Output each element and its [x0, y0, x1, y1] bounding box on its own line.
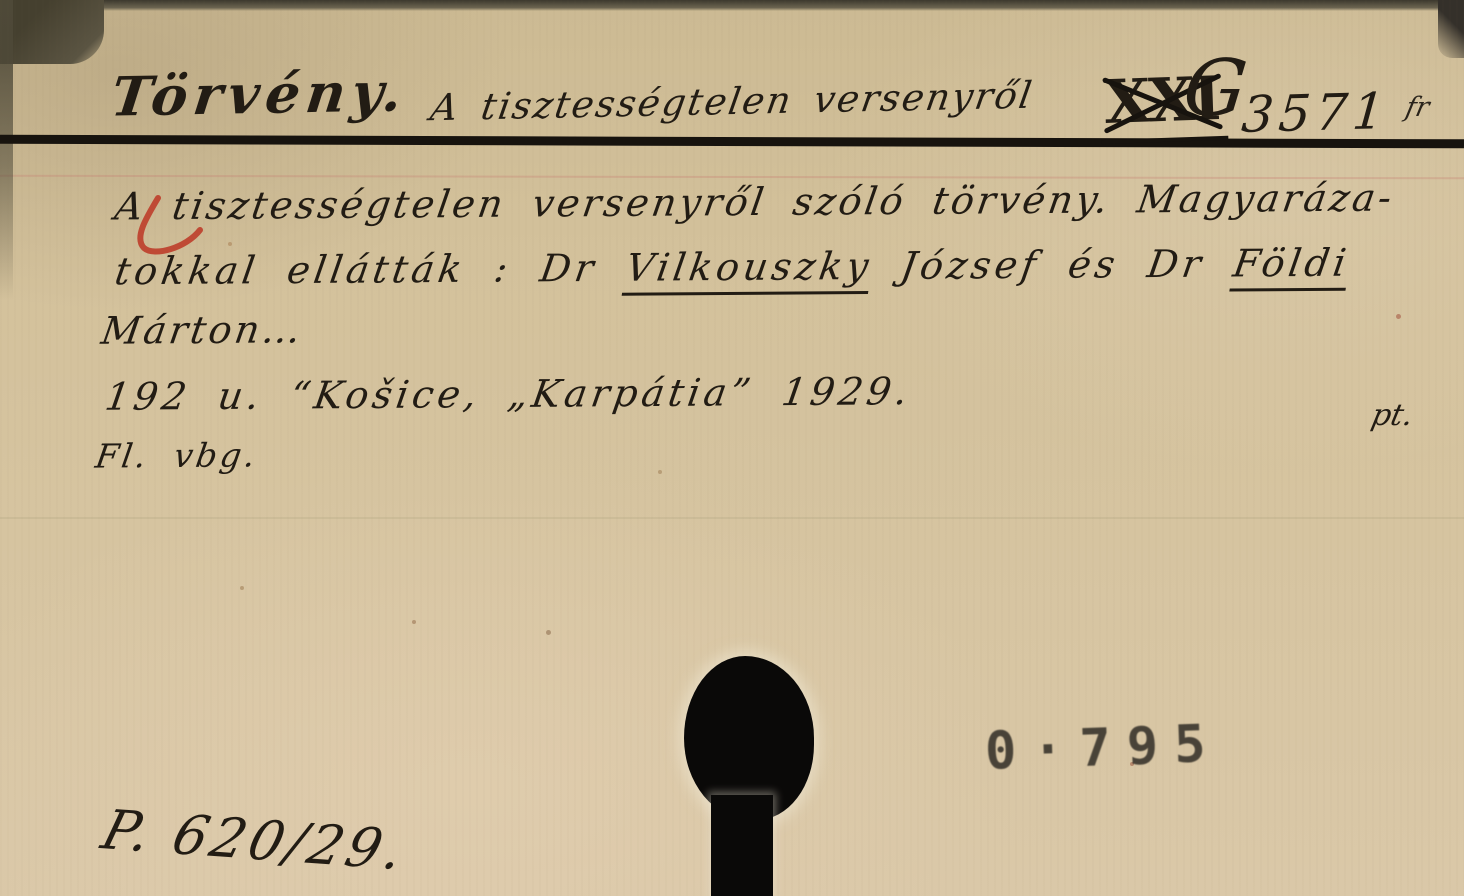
punch-hole-slot: [711, 795, 773, 896]
paper-speck: [228, 242, 232, 246]
scan-edge-left: [0, 0, 13, 300]
paper-speck: [658, 470, 662, 474]
author-name-underlined: Földi: [1229, 241, 1353, 292]
author-name-underlined: Vilkouszky: [622, 244, 875, 296]
scan-edge-top: [0, 0, 1464, 11]
scan-edge-top-left: [0, 0, 104, 64]
body-line-2-middle: József és Dr: [869, 242, 1237, 289]
paper-speck: [1396, 314, 1401, 319]
imprint-line: 192 u. “Košice, „Karpátia” 1929.: [102, 369, 914, 419]
body-line-2: tokkal ellátták : Dr Vilkouszky József é…: [112, 241, 1353, 294]
card-subtitle: A tisztességtelen versenyről: [428, 74, 1037, 130]
body-line-3: Márton…: [99, 307, 307, 352]
red-checkmark: [124, 194, 220, 262]
paper-speck: [412, 620, 416, 624]
faint-ruled-line: [0, 517, 1464, 519]
body-line-5: Fl. vbg.: [93, 435, 261, 475]
bottom-reference-number: P. 620/29.: [95, 798, 414, 882]
accession-stamp: 0·795: [984, 714, 1222, 782]
scan-edge-top-right: [1438, 0, 1464, 58]
right-margin-note: pt.: [1368, 398, 1416, 433]
body-line-1: A tisztességtelen versenyről szóló törvé…: [112, 176, 1398, 229]
paper-speck: [240, 586, 244, 590]
paper-speck: [546, 630, 551, 635]
card-title: Törvény.: [108, 59, 412, 128]
corner-annotation: fr: [1403, 92, 1432, 123]
shelfmark-number: 3571: [1240, 82, 1392, 144]
shelfmark-letter: G: [1179, 44, 1251, 134]
catalog-card: Törvény. A tisztességtelen versenyről XX…: [0, 0, 1464, 896]
